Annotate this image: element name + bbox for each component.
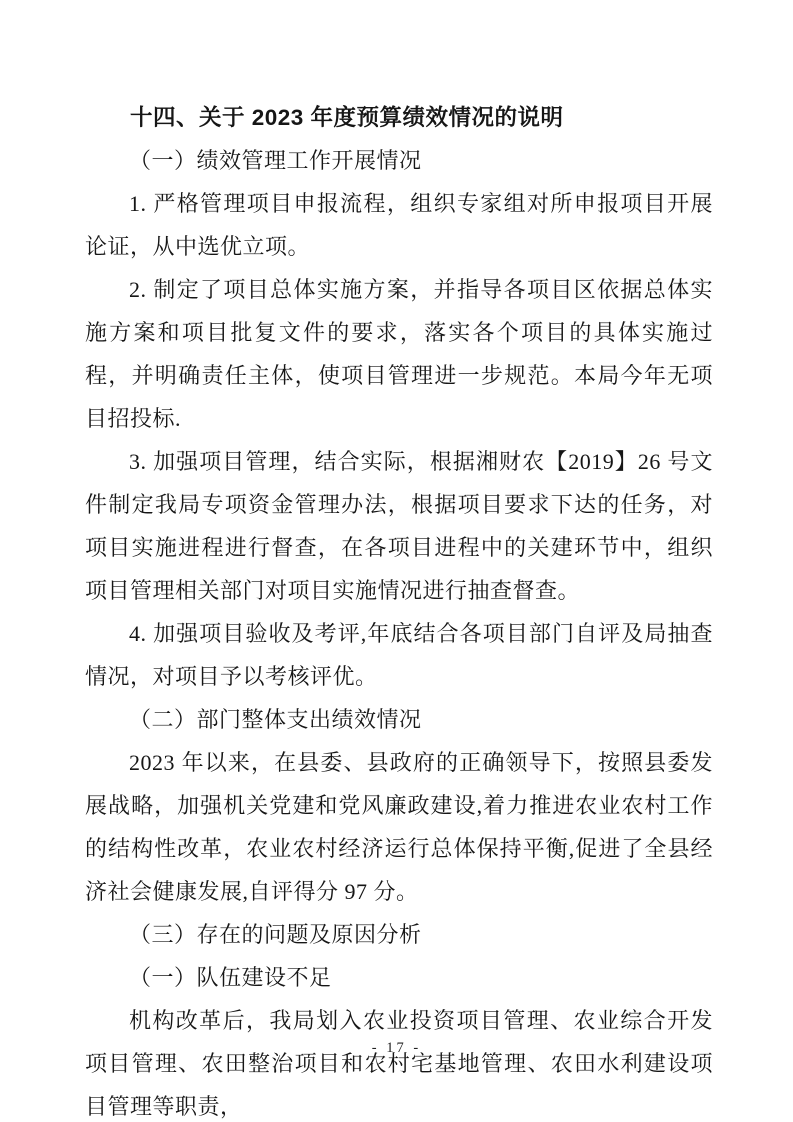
paragraph-item-3: 3. 加强项目管理，结合实际，根据湘财农【2019】26 号文件制定我局专项资金… (85, 440, 713, 612)
paragraph-item-2: 2. 制定了项目总体实施方案，并指导各项目区依据总体实施方案和项目批复文件的要求… (85, 268, 713, 440)
document-page: 十四、关于 2023 年度预算绩效情况的说明 （一）绩效管理工作开展情况 1. … (0, 0, 793, 1122)
paragraph-item-1: 1. 严格管理项目申报流程，组织专家组对所申报项目开展论证，从中选优立项。 (85, 182, 713, 268)
subsection-heading-overall-expenditure: （二）部门整体支出绩效情况 (85, 698, 713, 741)
document-body: 十四、关于 2023 年度预算绩效情况的说明 （一）绩效管理工作开展情况 1. … (85, 96, 713, 1122)
paragraph-team-building-detail: 机构改革后，我局划入农业投资项目管理、农业综合开发项目管理、农田整治项目和农村宅… (85, 999, 713, 1122)
paragraph-item-4: 4. 加强项目验收及考评,年底结合各项目部门自评及局抽查情况，对项目予以考核评优… (85, 612, 713, 698)
subsection-heading-team-building: （一）队伍建设不足 (85, 956, 713, 999)
subsection-heading-performance-management: （一）绩效管理工作开展情况 (85, 139, 713, 182)
section-title: 十四、关于 2023 年度预算绩效情况的说明 (85, 96, 713, 139)
paragraph-overall-expenditure-detail: 2023 年以来，在县委、县政府的正确领导下，按照县委发展战略，加强机关党建和党… (85, 741, 713, 913)
page-number: - 17 - (0, 1040, 793, 1057)
subsection-heading-problems-analysis: （三）存在的问题及原因分析 (85, 913, 713, 956)
